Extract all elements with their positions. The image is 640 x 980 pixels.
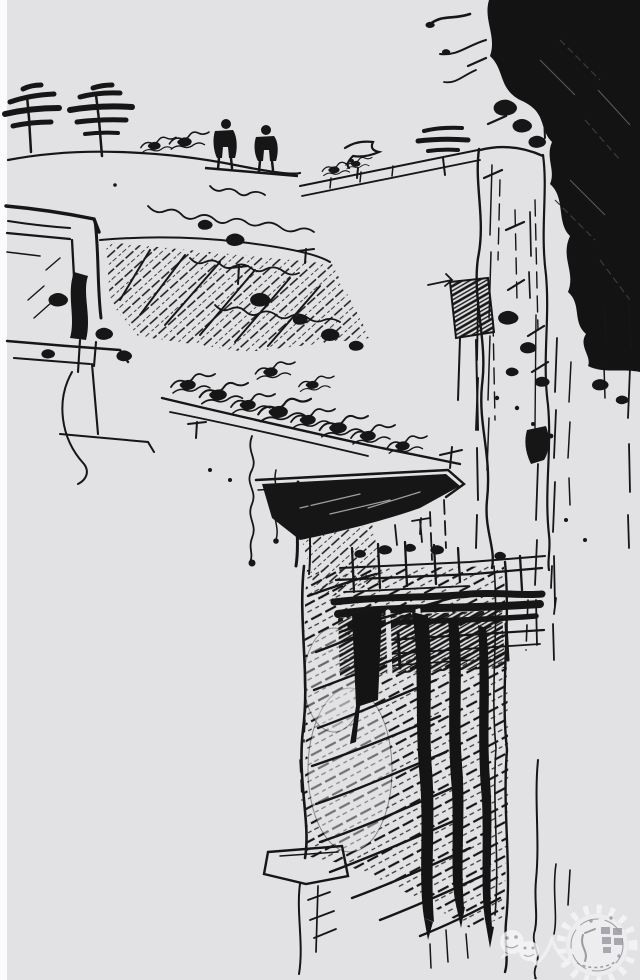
sketch-artwork: 人人 [0, 0, 640, 980]
left-margin-strip [0, 0, 7, 980]
